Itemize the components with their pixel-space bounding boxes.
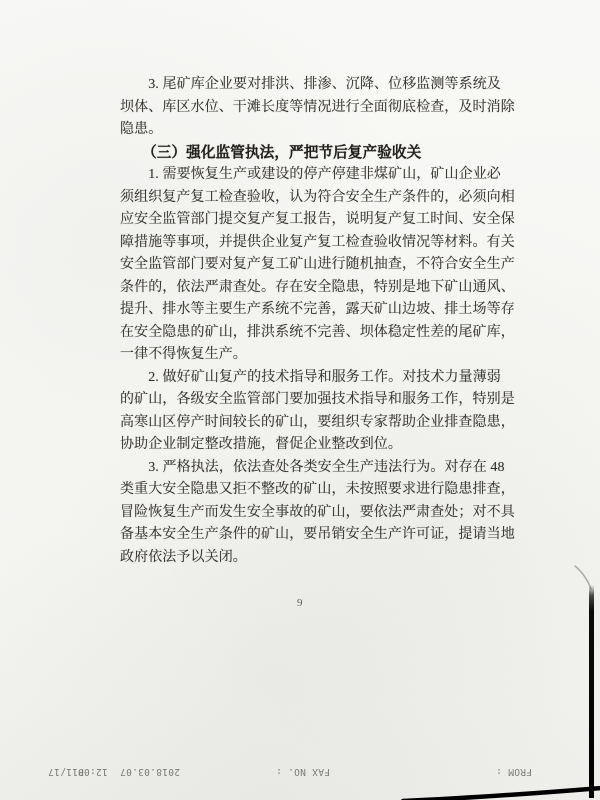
text-line: 须组织复产复工检查验收，认为符合安全生产条件的，必须向相 [120, 187, 520, 210]
text-line: 的矿山，各级安全监管部门要加强技术指导和服务工作，特别是 [120, 389, 520, 412]
text-line: 坝体、库区水位、干滩长度等情况进行全面彻底检查，及时消除 [120, 97, 520, 120]
text-line: 1. 需要恢复生产或建设的停产停建非煤矿山，矿山企业必 [120, 164, 520, 187]
text-line: 协助企业制定整改措施，督促企业整改到位。 [120, 434, 520, 457]
text-line: 障措施等事项，并提供企业复产复工检查验收情况等材料。有关 [120, 232, 520, 255]
fax-number-label: FAX NO. : [276, 766, 330, 777]
text-line: 安全监管部门要对复产复工矿山进行随机抽查，不符合安全生产 [120, 254, 520, 277]
text-line: 条件的，依法严肃查处。存在安全隐患，特别是地下矿山通风、 [120, 277, 520, 300]
document-body: 3. 尾矿库企业要对排洪、排渗、沉降、位移监测等系统及 坝体、库区水位、干滩长度… [120, 74, 520, 569]
text-line: 3. 严格执法，依法查处各类安全生产违法行为。对存在 48 [120, 457, 520, 480]
scan-artifact-vertical-bar [589, 585, 594, 798]
text-line: 在安全隐患的矿山，排洪系统不完善、坝体稳定性差的尾矿库， [120, 322, 520, 345]
text-line: 2. 做好矿山复产的技术指导和服务工作。对技术力量薄弱 [120, 367, 520, 390]
fax-page-indicator: P11/17 [48, 766, 84, 777]
fax-from-label: FROM : [496, 766, 532, 777]
text-line: 政府依法予以关闭。 [120, 547, 520, 570]
text-line: 备基本安全生产条件的矿山，要吊销安全生产许可证，提请当地 [120, 524, 520, 547]
text-line: 提升、排水等主要生产系统不完善，露天矿山边坡、排土场等存 [120, 299, 520, 322]
page-number: 9 [297, 597, 303, 609]
text-line: 隐患。 [120, 119, 520, 142]
fax-header-upside-down: FROM : FAX NO. : 2018.03.07 12:00 P11/17 [0, 762, 600, 780]
text-line: 冒险恢复生产而发生安全事故的矿山，要依法严肃查处；对不具 [120, 502, 520, 525]
fax-datetime: 2018.03.07 12:00 [78, 766, 180, 777]
text-line: 应安全监管部门提交复产复工报告，说明复产复工时间、安全保 [120, 209, 520, 232]
scanned-fax-page: 3. 尾矿库企业要对排洪、排渗、沉降、位移监测等系统及 坝体、库区水位、干滩长度… [0, 0, 600, 800]
section-heading: （三）强化监管执法，严把节后复产验收关 [120, 142, 520, 165]
text-line: 一律不得恢复生产。 [120, 344, 520, 367]
text-line: 3. 尾矿库企业要对排洪、排渗、沉降、位移监测等系统及 [120, 74, 520, 97]
text-line: 高寒山区停产时间较长的矿山，要组织专家帮助企业排查隐患， [120, 412, 520, 435]
text-line: 类重大安全隐患又拒不整改的矿山，未按照要求进行隐患排查， [120, 479, 520, 502]
